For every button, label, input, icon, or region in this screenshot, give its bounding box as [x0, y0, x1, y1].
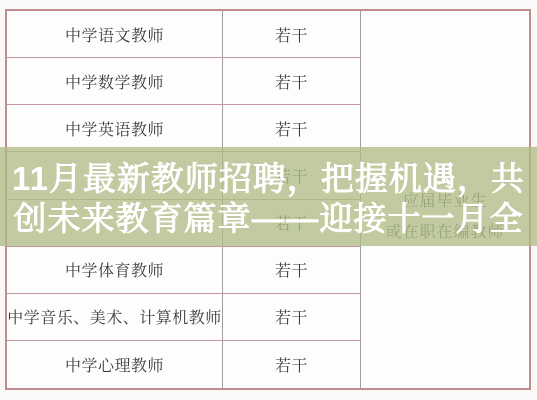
subject-cell: 中学心理教师 — [7, 341, 223, 388]
headline-overlay: 11月最新教师招聘，把握机遇，共 创未来教育篇章——迎接十一月全 — [0, 147, 537, 246]
subject-cell: 中学英语教师 — [7, 105, 223, 152]
headline-line-1: 11月最新教师招聘，把握机遇，共 — [12, 159, 525, 199]
quantity-cell: 若干 — [223, 247, 361, 294]
quantity-cell: 若干 — [223, 341, 361, 388]
subject-cell: 中学音乐、美术、计算机教师 — [7, 294, 223, 341]
subject-cell: 中学数学教师 — [7, 58, 223, 105]
quantity-cell: 若干 — [223, 294, 361, 341]
subject-cell: 中学语文教师 — [7, 11, 223, 58]
quantity-cell: 若干 — [223, 58, 361, 105]
page-root: 应届毕业生 或在职在编教师 中学语文教师 若干 中学数学教师 若干 中学英语教师… — [0, 0, 537, 400]
quantity-cell: 若干 — [223, 105, 361, 152]
quantity-cell: 若干 — [223, 11, 361, 58]
headline-line-2: 创未来教育篇章——迎接十一月全 — [14, 199, 524, 239]
subject-cell: 中学体育教师 — [7, 247, 223, 294]
